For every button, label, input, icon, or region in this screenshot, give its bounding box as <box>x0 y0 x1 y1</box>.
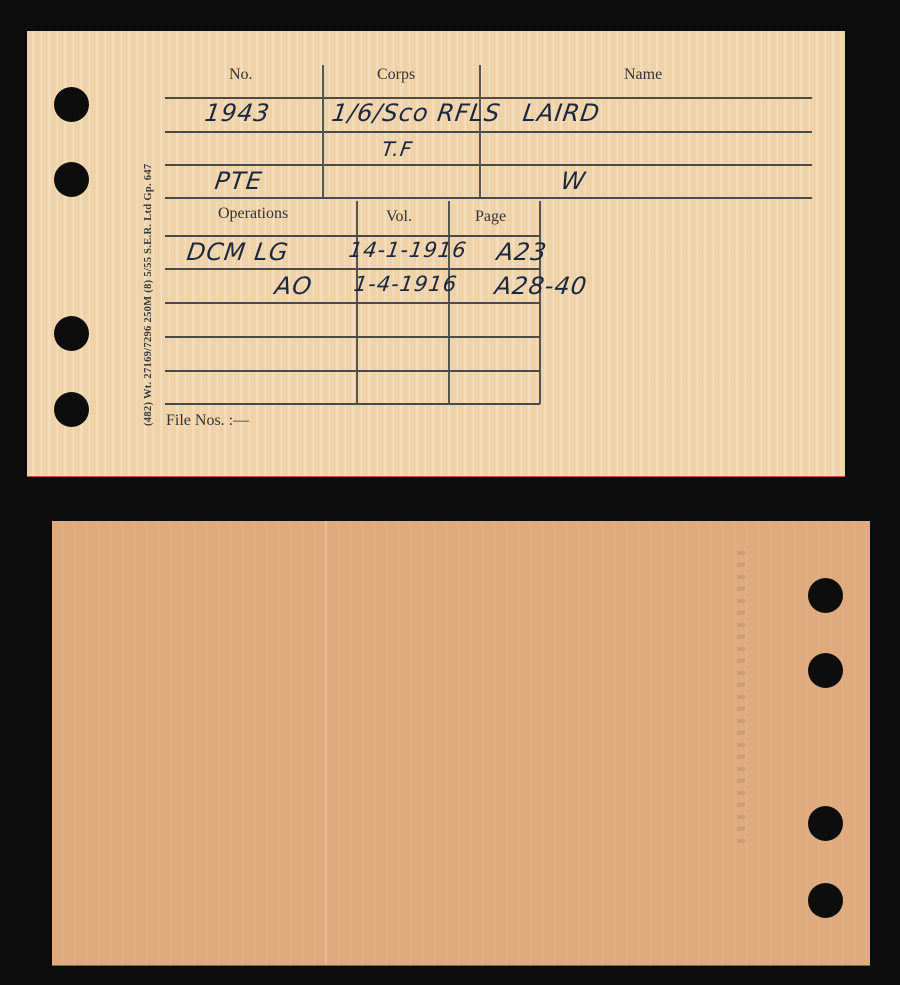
rule-line <box>165 197 812 199</box>
service-number: 1943 <box>203 99 272 127</box>
header-no: No. <box>229 66 253 84</box>
punch-hole <box>808 578 843 613</box>
header-name: Name <box>624 66 662 84</box>
page-entry: A23 <box>495 238 549 266</box>
page-entry: A28-40 <box>493 272 589 300</box>
surname: LAIRD <box>521 99 602 127</box>
column-divider <box>479 65 481 198</box>
printer-imprint: (482) Wt. 27169/7296 250M (8) 5/55 S.E.R… <box>143 164 154 426</box>
rule-line <box>165 403 540 405</box>
rule-line <box>165 370 540 372</box>
rule-line <box>165 164 812 166</box>
vol-entry: 14-1-1916 <box>347 238 468 262</box>
show-through-print <box>737 551 745 851</box>
punch-hole <box>54 392 89 427</box>
punch-hole <box>808 653 843 688</box>
header-corps: Corps <box>377 66 415 84</box>
rule-line <box>165 336 540 338</box>
operation-entry: AO <box>273 272 314 300</box>
header-vol: Vol. <box>386 208 412 226</box>
rule-line <box>165 302 540 304</box>
file-nos-label: File Nos. :— <box>166 412 249 430</box>
vol-entry: 1-4-1916 <box>352 272 459 296</box>
column-divider <box>322 65 324 198</box>
punch-hole <box>808 883 843 918</box>
rule-line <box>165 268 540 270</box>
operation-entry: DCM LG <box>185 238 290 266</box>
rule-line <box>165 131 812 133</box>
header-operations: Operations <box>218 205 288 223</box>
medal-index-card-front: (482) Wt. 27169/7296 250M (8) 5/55 S.E.R… <box>27 31 845 477</box>
medal-index-card-back <box>52 521 870 966</box>
header-page: Page <box>475 208 506 226</box>
punch-hole <box>808 806 843 841</box>
rank: PTE <box>213 167 264 195</box>
corps-territorial-force: T.F <box>380 137 414 161</box>
punch-hole <box>54 316 89 351</box>
initials: W <box>559 167 588 195</box>
rule-line <box>165 235 540 237</box>
punch-hole <box>54 87 89 122</box>
corps-entry: 1/6/Sco RFLS <box>330 99 502 127</box>
crease-line <box>325 521 327 965</box>
punch-hole <box>54 162 89 197</box>
